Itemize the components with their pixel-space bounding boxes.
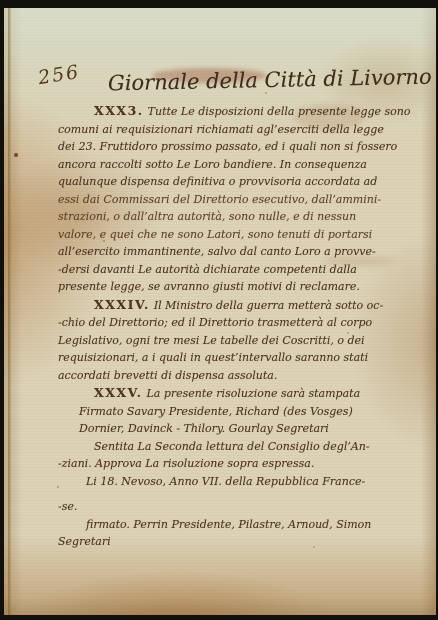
- manuscript-line: XXXIV.Il Ministro della guerra metterà s…: [58, 296, 430, 315]
- manuscript-page: 256 Giornale della Città di Livorno XXX3…: [4, 8, 436, 615]
- manuscript-line: ancora raccolti sotto Le Loro bandiere. …: [58, 156, 430, 174]
- manuscript-line: dei 23. Fruttidoro prossimo passato, ed …: [58, 138, 430, 156]
- manuscript-line: requisizionari, a i quali in quest’inter…: [58, 349, 430, 367]
- line-text: Tutte Le disposizioni della presente leg…: [148, 105, 411, 118]
- manuscript-line: Firmato Savary Presidente, Richard (des …: [58, 403, 430, 421]
- binding-edge: [8, 8, 11, 615]
- manuscript-line: Legislativo, ogni tre mesi Le tabelle de…: [58, 332, 430, 350]
- manuscript-line: all’esercito immantinente, salvo dal can…: [58, 243, 430, 261]
- page-title: Giornale della Città di Livorno: [108, 65, 428, 96]
- manuscript-line: comuni ai requisizionari richiamati agl’…: [58, 121, 430, 139]
- foxing-specks: [14, 153, 18, 157]
- manuscript-photo: 256 Giornale della Città di Livorno XXX3…: [0, 0, 438, 620]
- article-number: XXXIV.: [94, 297, 150, 312]
- page-number: 256: [37, 61, 82, 89]
- manuscript-line: firmato. Perrin Presidente, Pilastre, Ar…: [58, 516, 430, 534]
- manuscript-line: Dornier, Davinck - Thilory. Gourlay Segr…: [58, 420, 430, 438]
- article-number: XXX3.: [94, 103, 144, 118]
- line-text: Il Ministro della guerra metterà sotto o…: [154, 299, 383, 312]
- manuscript-line: -dersi davanti Le autorità dichiarate co…: [58, 261, 430, 279]
- manuscript-line: -chio del Direttorio; ed il Direttorio t…: [58, 314, 430, 332]
- manuscript-line: accordati brevetti di dispensa assoluta.: [58, 367, 430, 385]
- manuscript-line: Sentita La Seconda lettura del Consiglio…: [58, 438, 430, 456]
- manuscript-line: qualunque dispensa definitiva o provviso…: [58, 173, 430, 191]
- manuscript-line: strazioni, o dall’altra autorità, sono n…: [58, 208, 430, 226]
- manuscript-line: XXXV.La presente risoluzione sarà stampa…: [58, 384, 430, 403]
- manuscript-line: valore, e quei che ne sono Latori, sono …: [58, 226, 430, 244]
- article-number: XXXV.: [94, 385, 142, 400]
- manuscript-line: Segretari: [58, 533, 430, 551]
- manuscript-line: essi dai Commissari del Direttorio esecu…: [58, 191, 430, 209]
- manuscript-line: -ziani. Approva La risoluzione sopra esp…: [58, 455, 430, 473]
- manuscript-line: Li 18. Nevoso, Anno VII. della Repubblic…: [58, 473, 430, 491]
- manuscript-line: -se.: [58, 498, 430, 516]
- line-text: La presente risoluzione sarà stampata: [146, 387, 360, 400]
- manuscript-text: XXX3.Tutte Le disposizioni della present…: [58, 102, 430, 551]
- manuscript-line: presente legge, se avranno giusti motivi…: [58, 278, 430, 296]
- manuscript-line: XXX3.Tutte Le disposizioni della present…: [58, 102, 430, 121]
